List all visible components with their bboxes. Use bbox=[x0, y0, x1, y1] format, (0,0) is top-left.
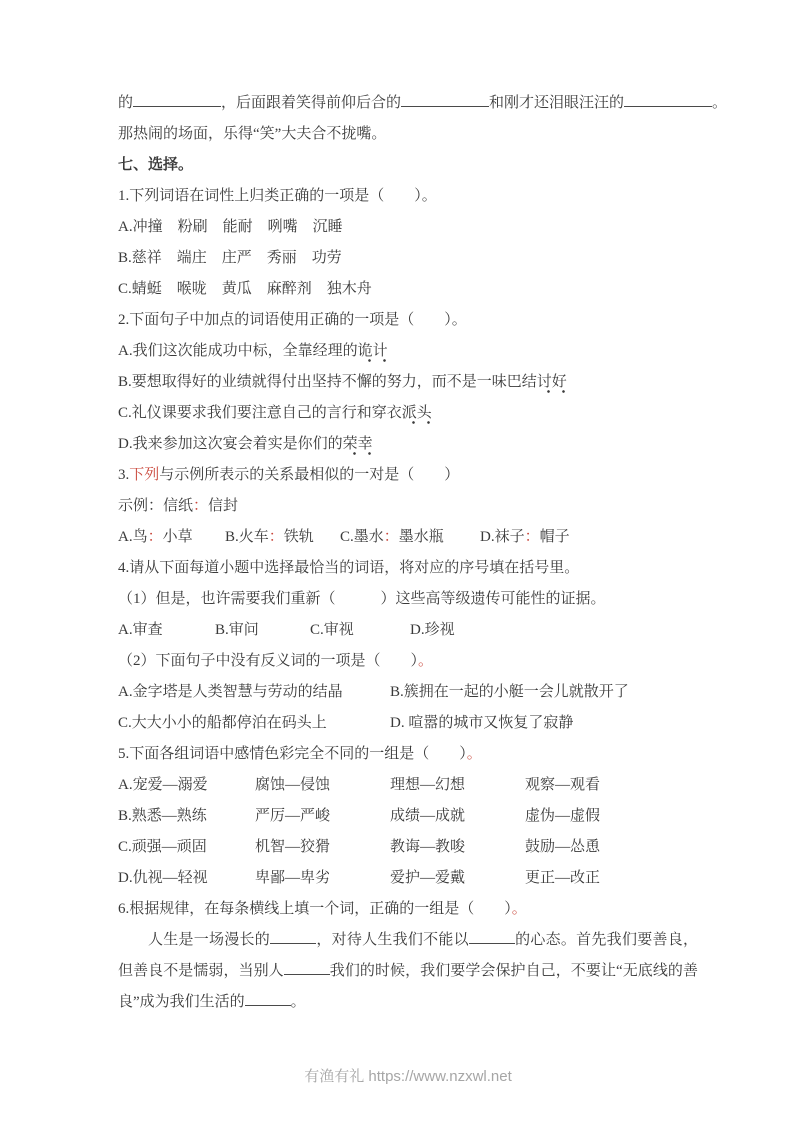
q2-a-emphasized-word: 诡计 bbox=[358, 343, 388, 362]
q5-c-pair-4: 鼓励—怂恿 bbox=[525, 832, 698, 863]
q5-option-c-row: C.顽强—顽固 机智—狡猾 教诲—教唆 鼓励—怂恿 bbox=[118, 832, 698, 863]
q5-a-pair-2: 腐蚀—侵蚀 bbox=[255, 770, 390, 801]
q2-option-c: C.礼仪课要求我们要注意自己的言行和穿衣派头 bbox=[118, 398, 698, 429]
q3-d-right: 帽子 bbox=[540, 529, 570, 545]
q4-sub2-options-row-1: A.金字塔是人类智慧与劳动的结晶 B.簇拥在一起的小艇一会儿就散开了 bbox=[118, 677, 698, 708]
q5-b-pair-3: 成绩—成就 bbox=[390, 801, 525, 832]
q3-option-c: C.墨水：墨水瓶 bbox=[340, 522, 480, 553]
q3-a-red-colon: ： bbox=[148, 529, 163, 545]
fill-in-blank bbox=[284, 961, 330, 975]
q6-title-text: 6.根据规律，在每条横线上填一个词，正确的一组是（ ） bbox=[118, 901, 512, 917]
q5-red-period: 。 bbox=[467, 746, 482, 762]
q5-c-pair-2: 机智—狡猾 bbox=[255, 832, 390, 863]
q6-passage-text-5: 。 bbox=[291, 994, 306, 1010]
q5-a-pair-3: 理想—幻想 bbox=[390, 770, 525, 801]
q3-option-b: B.火车：铁轨 bbox=[225, 522, 340, 553]
q3-b-red-colon: ： bbox=[269, 529, 284, 545]
q2-option-d: D.我来参加这次宴会着实是你们的荣幸 bbox=[118, 429, 698, 460]
q3-number: 3. bbox=[118, 467, 129, 483]
footer-watermark: 有渔有礼 https://www.nzxwl.net bbox=[118, 1065, 698, 1122]
q5-title: 5.下面各组词语中感情色彩完全不同的一组是（ ）。 bbox=[118, 739, 698, 770]
q4-sub1: （1）但是，也许需要我们重新（ ）这些高等级遗传可能性的证据。 bbox=[118, 584, 698, 615]
q2-title: 2.下面句子中加点的词语使用正确的一项是（ ）。 bbox=[118, 305, 698, 336]
q3-example-red-colon: ： bbox=[193, 498, 208, 514]
q5-option-d-row: D.仇视—轻视 卑鄙—卑劣 爱护—爱戴 更正—改正 bbox=[118, 863, 698, 894]
q5-title-text: 5.下面各组词语中感情色彩完全不同的一组是（ ） bbox=[118, 746, 467, 762]
q5-option-b-row: B.熟悉—熟练 严厉—严峻 成绩—成就 虚伪—虚假 bbox=[118, 801, 698, 832]
worksheet-page: 的，后面跟着笑得前仰后合的和刚才还泪眼汪汪的。 那热闹的场面，乐得“笑”大夫合不… bbox=[0, 0, 793, 1122]
q3-title-rest: 与示例所表示的关系最相似的一对是（ ） bbox=[159, 467, 459, 483]
q4-sub1-option-b: B.审问 bbox=[215, 615, 310, 646]
q2-d-text: D.我来参加这次宴会着实是你们的 bbox=[118, 436, 343, 452]
q3-option-d: D.袜子：帽子 bbox=[480, 522, 698, 553]
q2-b-emphasized-word: 讨好 bbox=[537, 374, 567, 393]
q2-option-a: A.我们这次能成功中标，全靠经理的诡计 bbox=[118, 336, 698, 367]
q5-c-pair-3: 教诲—教唆 bbox=[390, 832, 525, 863]
q3-c-right: 墨水瓶 bbox=[399, 529, 444, 545]
q6-passage-text-2: ，对待人生我们不能以 bbox=[316, 932, 469, 948]
q1-option-c: C.蜻蜓 喉咙 黄瓜 麻醉剂 独木舟 bbox=[118, 274, 698, 305]
fill-in-blank bbox=[270, 930, 316, 944]
q4-sub2: （2）下面句子中没有反义词的一项是（ ）。 bbox=[118, 646, 698, 677]
q2-c-emphasized-word: 派头 bbox=[402, 405, 432, 424]
q4-sub2-options-row-2: C.大大小小的船都停泊在码头上 D. 喧嚣的城市又恢复了寂静 bbox=[118, 708, 698, 739]
q6-passage-text-1: 人生是一场漫长的 bbox=[148, 932, 270, 948]
intro-line-2: 那热闹的场面，乐得“笑”大夫合不拢嘴。 bbox=[118, 119, 698, 150]
q3-b-left: B.火车 bbox=[225, 529, 269, 545]
q4-title: 4.请从下面每道小题中选择最恰当的词语，将对应的序号填在括号里。 bbox=[118, 553, 698, 584]
q3-a-right: 小草 bbox=[163, 529, 193, 545]
q3-c-red-colon: ： bbox=[384, 529, 399, 545]
q4-sub1-option-d: D.珍视 bbox=[410, 615, 698, 646]
q5-c-pair-1: C.顽强—顽固 bbox=[118, 832, 255, 863]
intro-text-3: 和刚才还泪眼汪汪的 bbox=[489, 95, 624, 111]
q4-sub2-option-d: D. 喧嚣的城市又恢复了寂静 bbox=[390, 708, 698, 739]
q5-option-a-row: A.宠爱—溺爱 腐蚀—侵蚀 理想—幻想 观察—观看 bbox=[118, 770, 698, 801]
q1-option-a: A.冲撞 粉刷 能耐 咧嘴 沉睡 bbox=[118, 212, 698, 243]
intro-text-1: 的 bbox=[118, 95, 133, 111]
q5-d-pair-3: 爱护—爱戴 bbox=[390, 863, 525, 894]
intro-text-4: 。 bbox=[712, 95, 727, 111]
q2-d-emphasized-word: 荣幸 bbox=[343, 436, 373, 455]
q4-sub2-option-b: B.簇拥在一起的小艇一会儿就散开了 bbox=[390, 677, 698, 708]
q4-sub2-option-c: C.大大小小的船都停泊在码头上 bbox=[118, 708, 390, 739]
q4-sub2-text: （2）下面句子中没有反义词的一项是（ ） bbox=[118, 653, 418, 669]
q3-example-left: 示例：信纸 bbox=[118, 498, 193, 514]
q4-sub1-option-a: A.审查 bbox=[118, 615, 215, 646]
intro-line-1: 的，后面跟着笑得前仰后合的和刚才还泪眼汪汪的。 bbox=[118, 88, 698, 119]
q5-b-pair-1: B.熟悉—熟练 bbox=[118, 801, 255, 832]
q2-c-text: C.礼仪课要求我们要注意自己的言行和穿衣 bbox=[118, 405, 402, 421]
q3-a-left: A.鸟 bbox=[118, 529, 148, 545]
q5-b-pair-4: 虚伪—虚假 bbox=[525, 801, 698, 832]
q5-a-pair-4: 观察—观看 bbox=[525, 770, 698, 801]
q1-option-b: B.慈祥 端庄 庄严 秀丽 功劳 bbox=[118, 243, 698, 274]
q6-red-period: 。 bbox=[512, 901, 527, 917]
q3-d-red-colon: ： bbox=[525, 529, 540, 545]
q6-title: 6.根据规律，在每条横线上填一个词，正确的一组是（ ）。 bbox=[118, 894, 698, 925]
q3-title: 3.下列与示例所表示的关系最相似的一对是（ ） bbox=[118, 460, 698, 491]
fill-in-blank bbox=[245, 992, 291, 1006]
q4-sub2-red-period: 。 bbox=[418, 653, 433, 669]
fill-in-blank bbox=[133, 93, 221, 107]
q2-a-text: A.我们这次能成功中标，全靠经理的 bbox=[118, 343, 358, 359]
q4-sub1-options-row: A.审查 B.审问 C.审视 D.珍视 bbox=[118, 615, 698, 646]
q3-b-right: 铁轨 bbox=[284, 529, 314, 545]
q4-sub1-option-c: C.审视 bbox=[310, 615, 410, 646]
section-heading: 七、选择。 bbox=[118, 150, 698, 181]
fill-in-blank bbox=[401, 93, 489, 107]
fill-in-blank bbox=[469, 930, 515, 944]
q3-options-row: A.鸟：小草 B.火车：铁轨 C.墨水：墨水瓶 D.袜子：帽子 bbox=[118, 522, 698, 553]
q4-sub2-option-a: A.金字塔是人类智慧与劳动的结晶 bbox=[118, 677, 390, 708]
q3-option-a: A.鸟：小草 bbox=[118, 522, 225, 553]
q1-title: 1.下列词语在词性上归类正确的一项是（ ）。 bbox=[118, 181, 698, 212]
q6-passage: 人生是一场漫长的，对待人生我们不能以的心态。首先我们要善良，但善良不是懦弱，当别… bbox=[118, 925, 698, 1018]
q3-d-left: D.袜子 bbox=[480, 529, 525, 545]
q3-example-right: 信封 bbox=[208, 498, 238, 514]
q5-d-pair-1: D.仇视—轻视 bbox=[118, 863, 255, 894]
q5-d-pair-4: 更正—改正 bbox=[525, 863, 698, 894]
q2-option-b: B.要想取得好的业绩就得付出坚持不懈的努力，而不是一味巴结讨好 bbox=[118, 367, 698, 398]
q5-d-pair-2: 卑鄙—卑劣 bbox=[255, 863, 390, 894]
fill-in-blank bbox=[624, 93, 712, 107]
q2-b-text: B.要想取得好的业绩就得付出坚持不懈的努力，而不是一味巴结 bbox=[118, 374, 537, 390]
intro-text-2: ，后面跟着笑得前仰后合的 bbox=[221, 95, 401, 111]
q5-b-pair-2: 严厉—严峻 bbox=[255, 801, 390, 832]
q3-example: 示例：信纸：信封 bbox=[118, 491, 698, 522]
q5-a-pair-1: A.宠爱—溺爱 bbox=[118, 770, 255, 801]
q3-red-word: 下列 bbox=[129, 467, 159, 483]
q3-c-left: C.墨水 bbox=[340, 529, 384, 545]
